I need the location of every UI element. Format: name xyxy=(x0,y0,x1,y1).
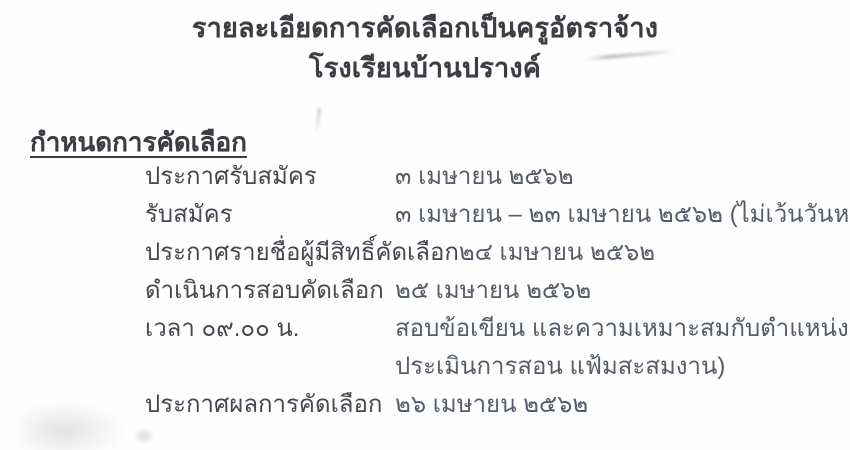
schedule-value: ๒๔ เมษายน ๒๕๖๒ xyxy=(459,234,845,272)
schedule-value-line-2: ประเมินการสอน แฟ้มสะสมงาน) xyxy=(395,348,850,386)
schedule-label: เวลา ๐๙.๐๐ น. xyxy=(145,310,395,348)
scan-artifact-tick xyxy=(314,108,321,132)
schedule-row-exam-time: เวลา ๐๙.๐๐ น. สอบข้อเขียน และความเหมาะสม… xyxy=(145,310,845,386)
section-heading-selection-schedule: กำหนดการคัดเลือก xyxy=(30,122,247,163)
schedule-label: ประกาศรายชื่อผู้มีสิทธิ์คัดเลือก xyxy=(145,234,459,272)
document-title-line-1: รายละเอียดการคัดเลือกเป็นครูอัตราจ้าง xyxy=(0,8,850,48)
scanned-document-page: รายละเอียดการคัดเลือกเป็นครูอัตราจ้าง โร… xyxy=(0,0,850,450)
schedule-value: ๒๕ เมษายน ๒๕๖๒ xyxy=(395,272,845,310)
scan-artifact-dot xyxy=(133,428,155,444)
schedule-label: ดำเนินการสอบคัดเลือก xyxy=(145,272,395,310)
schedule-label: รับสมัคร xyxy=(145,196,395,234)
schedule-label: ประกาศผลการคัดเลือก xyxy=(145,386,395,424)
schedule-row-result-announcement: ประกาศผลการคัดเลือก ๒๖ เมษายน ๒๕๖๒ xyxy=(145,386,845,424)
schedule-value: ๒๖ เมษายน ๒๕๖๒ xyxy=(395,386,845,424)
schedule-row-application-period: รับสมัคร ๓ เมษายน – ๒๓ เมษายน ๒๕๖๒ (ไม่เ… xyxy=(145,196,845,234)
scan-artifact-blob xyxy=(18,402,123,450)
schedule-value: ๓ เมษายน – ๒๓ เมษายน ๒๕๖๒ (ไม่เว้นวันหยุ… xyxy=(395,196,850,234)
schedule-value-line-1: สอบข้อเขียน และความเหมาะสมกับตำแหน่ง(สัม… xyxy=(395,310,850,348)
schedule-row-eligible-list-announcement: ประกาศรายชื่อผู้มีสิทธิ์คัดเลือก ๒๔ เมษา… xyxy=(145,234,845,272)
schedule-value: สอบข้อเขียน และความเหมาะสมกับตำแหน่ง(สัม… xyxy=(395,310,850,386)
document-title-line-2: โรงเรียนบ้านปรางค์ xyxy=(0,48,850,88)
document-title-block: รายละเอียดการคัดเลือกเป็นครูอัตราจ้าง โร… xyxy=(0,8,850,88)
schedule-row-selection-exam: ดำเนินการสอบคัดเลือก ๒๕ เมษายน ๒๕๖๒ xyxy=(145,272,845,310)
selection-schedule-list: ประกาศรับสมัคร ๓ เมษายน ๒๕๖๒ รับสมัคร ๓ … xyxy=(145,158,845,424)
schedule-value: ๓ เมษายน ๒๕๖๒ xyxy=(395,158,845,196)
schedule-label: ประกาศรับสมัคร xyxy=(145,158,395,196)
schedule-row-announcement-of-application: ประกาศรับสมัคร ๓ เมษายน ๒๕๖๒ xyxy=(145,158,845,196)
